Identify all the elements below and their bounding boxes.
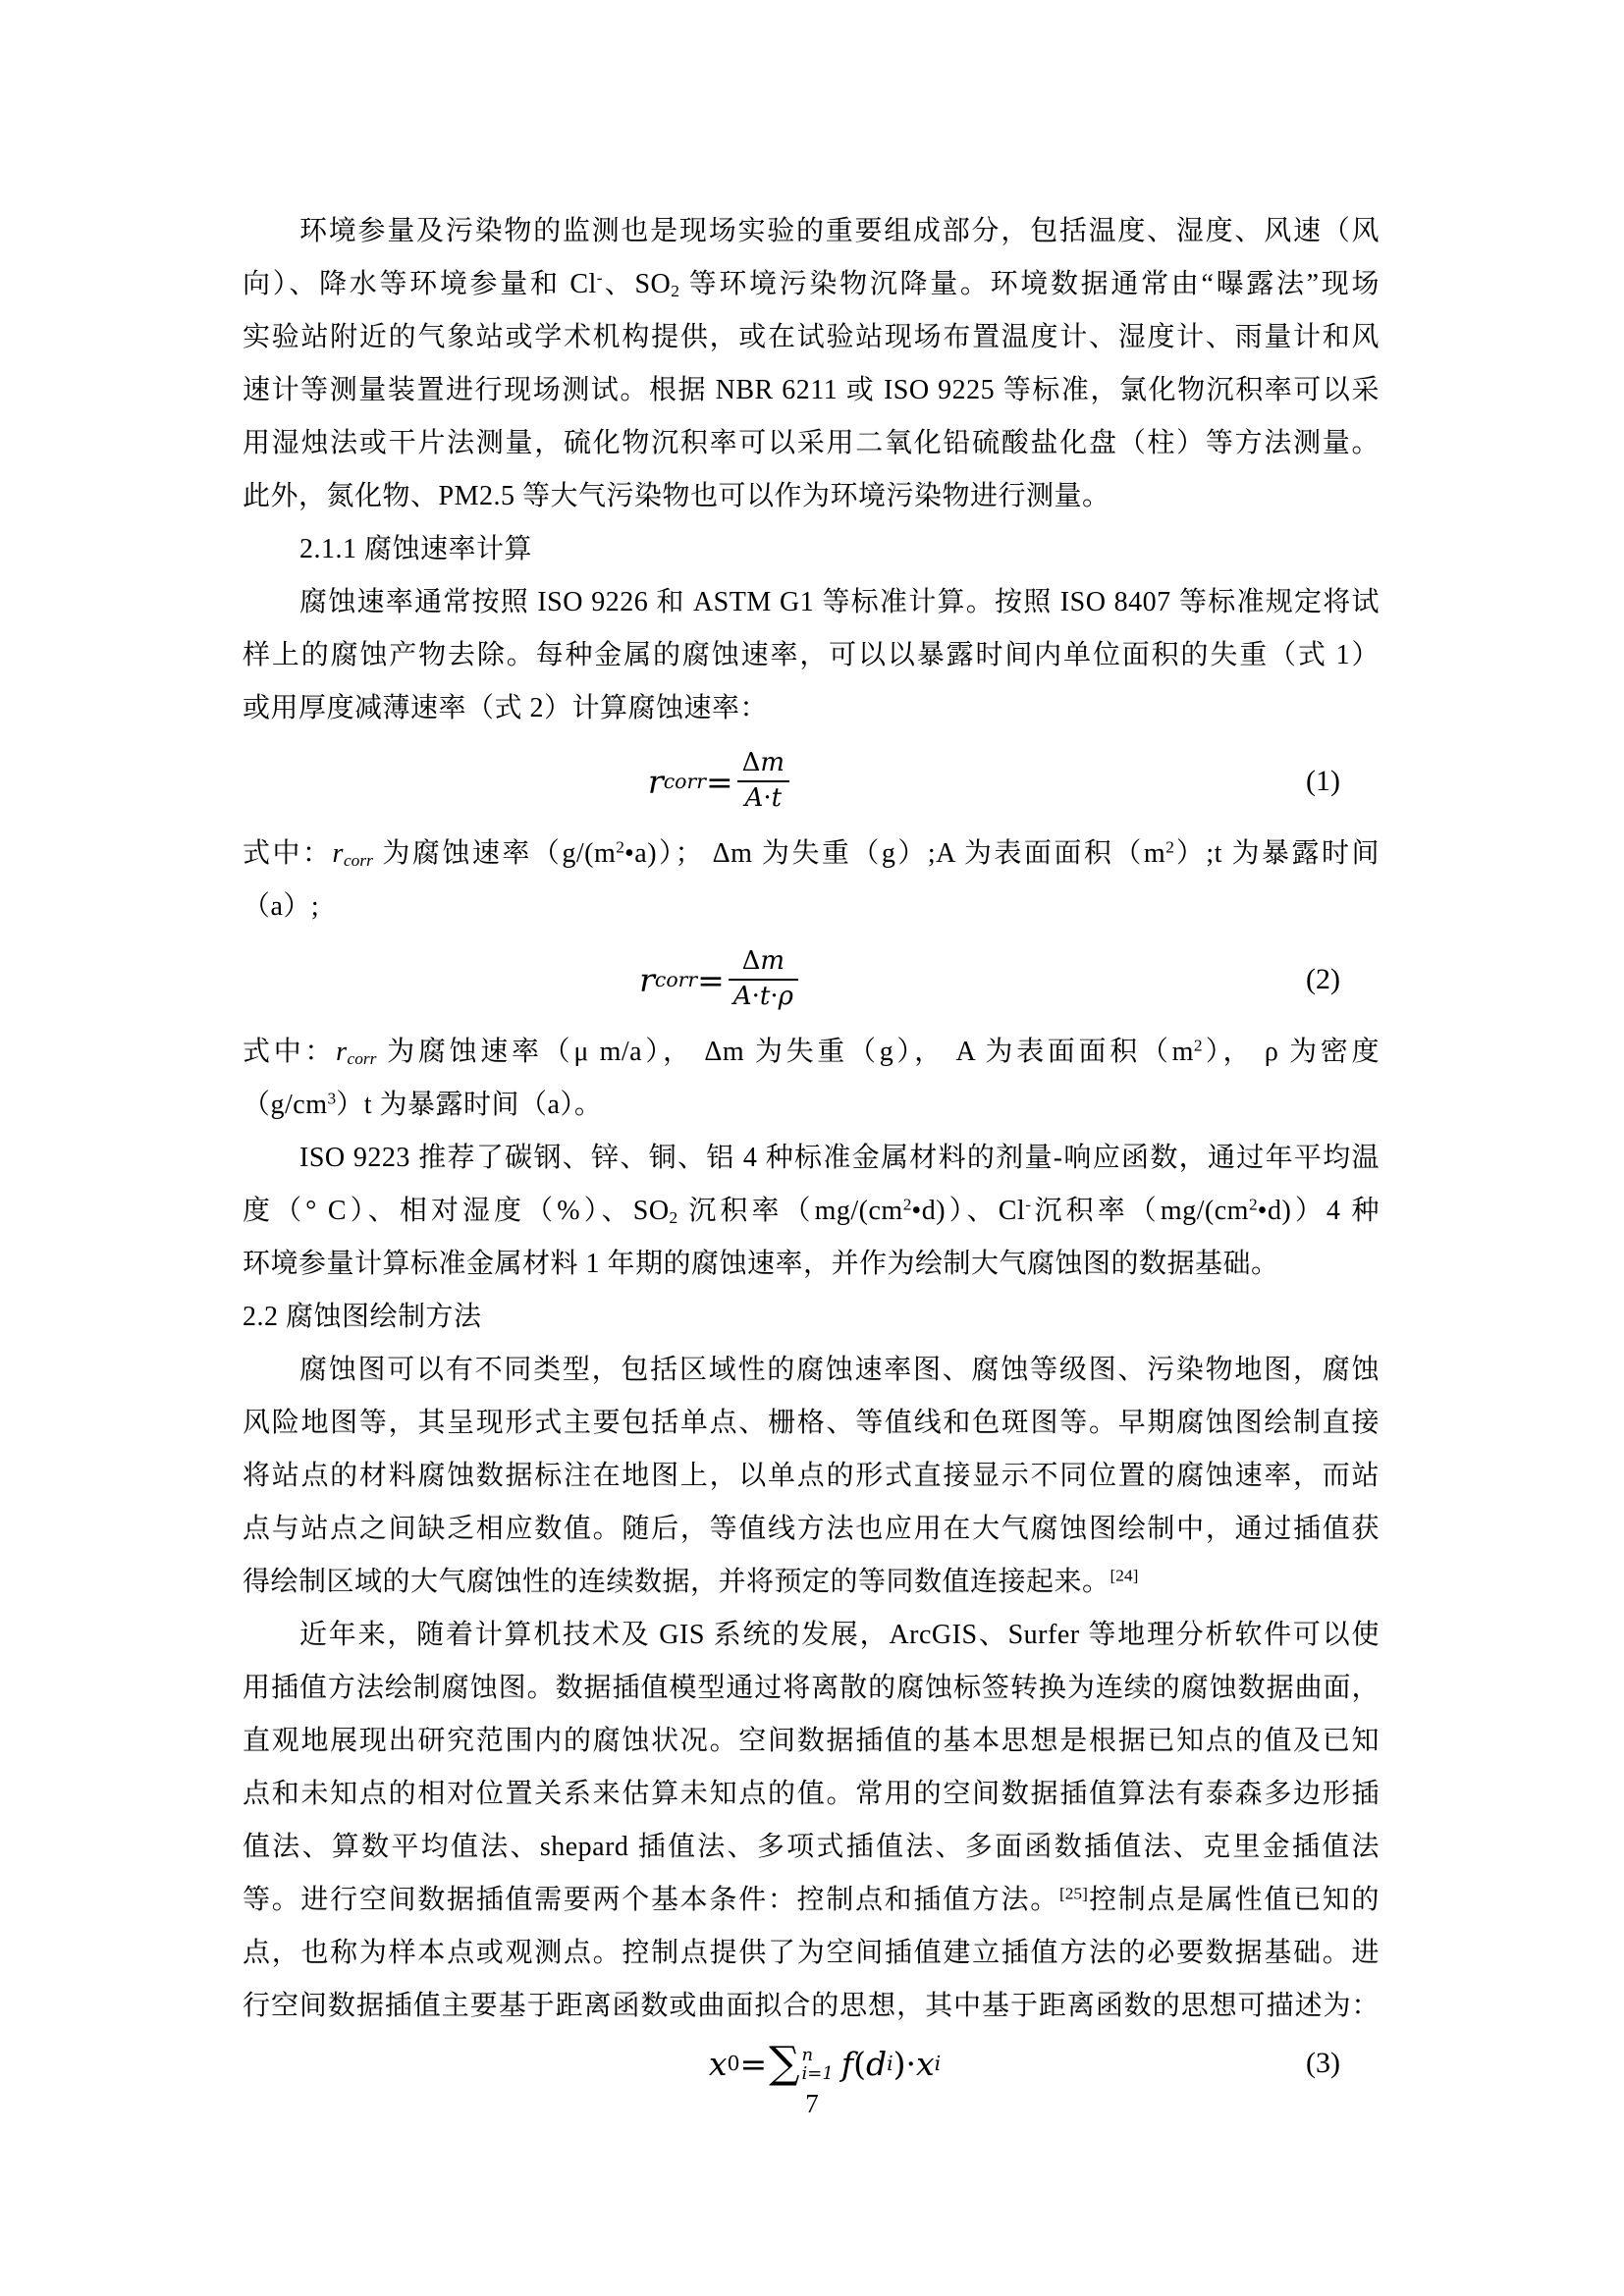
fraction: ΔmA·t·ρ bbox=[729, 947, 798, 1012]
text-line: 点和未知点的相对位置关系来估算未知点的值。常用的空间数据插值算法有泰森多边形插 bbox=[243, 1768, 1380, 1821]
document-body: 环境参量及污染物的监测也是现场实验的重要组成部分，包括温度、湿度、风速（风向）、… bbox=[243, 205, 1380, 2094]
text-line: 腐蚀速率通常按照 ISO 9226 和 ASTM G1 等标准计算。按照 ISO… bbox=[243, 576, 1380, 629]
text-line: 用湿烛法或干片法测量，硫化物沉积率可以采用二氧化铅硫酸盐化盘（柱）等方法测量。 bbox=[243, 417, 1380, 470]
formula: rcorr = ΔmA·t·ρ bbox=[639, 947, 802, 1012]
text-line: 环境参量及污染物的监测也是现场实验的重要组成部分，包括温度、湿度、风速（风 bbox=[243, 205, 1380, 258]
document-page: 环境参量及污染物的监测也是现场实验的重要组成部分，包括温度、湿度、风速（风向）、… bbox=[0, 0, 1624, 2296]
sum-operator: ∑ni=1 bbox=[769, 2042, 839, 2085]
text-line: 值法、算数平均值法、shepard 插值法、多项式插值法、多面函数插值法、克里金… bbox=[243, 1821, 1380, 1874]
text-line: 行空间数据插值主要基于距离函数或曲面拟合的思想，其中基于距离函数的思想可描述为： bbox=[243, 1980, 1380, 2033]
fraction: ΔmA·t bbox=[737, 749, 789, 814]
formula-line: rcorr = ΔmA·t·ρ(2) bbox=[243, 934, 1380, 1026]
text-line: 点，也称为样本点或观测点。控制点提供了为空间插值建立插值方法的必要数据基础。进 bbox=[243, 1927, 1380, 1980]
text-line: 速计等测量装置进行现场测试。根据 NBR 6211 或 ISO 9225 等标准… bbox=[243, 364, 1380, 417]
text-line: 点与站点之间缺乏相应数值。随后，等值线方法也应用在大气腐蚀图绘制中，通过插值获 bbox=[243, 1503, 1380, 1556]
text-line: 实验站附近的气象站或学术机构提供，或在试验站现场布置温度计、湿度计、雨量计和风 bbox=[243, 311, 1380, 364]
text-line: 向）、降水等环境参量和 Cl-、SO2 等环境污染物沉降量。环境数据通常由“曝露… bbox=[243, 258, 1380, 311]
equation-number: (2) bbox=[1306, 963, 1340, 996]
text-line: 将站点的材料腐蚀数据标注在地图上，以单点的形式直接显示不同位置的腐蚀速率，而站 bbox=[243, 1450, 1380, 1503]
equation-number: (1) bbox=[1306, 765, 1340, 798]
formula-line: rcorr = ΔmA·t(1) bbox=[243, 735, 1380, 828]
text-line: 或用厚度减薄速率（式 2）计算腐蚀速率： bbox=[243, 682, 1380, 735]
formula: rcorr = ΔmA·t bbox=[648, 749, 793, 814]
text-line: 风险地图等，其呈现形式主要包括单点、栅格、等值线和色斑图等。早期腐蚀图绘制直接 bbox=[243, 1397, 1380, 1450]
text-line: 样上的腐蚀产物去除。每种金属的腐蚀速率，可以以暴露时间内单位面积的失重（式 1） bbox=[243, 629, 1380, 682]
text-line: 度（° C）、相对湿度（%）、SO2 沉积率（mg/(cm2•d)）、Cl-沉积… bbox=[243, 1185, 1380, 1238]
formula-line: x0 = ∑ni=1f(di) · xi(3) bbox=[243, 2033, 1380, 2094]
text-line: 近年来，随着计算机技术及 GIS 系统的发展，ArcGIS、Surfer 等地理… bbox=[243, 1609, 1380, 1662]
page-number: 7 bbox=[0, 2089, 1624, 2119]
text-line: （g/cm3）t 为暴露时间（a）。 bbox=[243, 1079, 1380, 1132]
text-line: 得绘制区域的大气腐蚀性的连续数据，并将预定的等同数值连接起来。[24] bbox=[243, 1556, 1380, 1609]
text-line: 式中：rcorr 为腐蚀速率（μ m/a）， Δm 为失重（g）， A 为表面面… bbox=[243, 1026, 1380, 1079]
text-line: 等。进行空间数据插值需要两个基本条件：控制点和插值方法。[25]控制点是属性值已… bbox=[243, 1874, 1380, 1927]
text-line: ISO 9223 推荐了碳钢、锌、铜、铝 4 种标准金属材料的剂量-响应函数，通… bbox=[243, 1132, 1380, 1185]
text-line: 用插值方法绘制腐蚀图。数据插值模型通过将离散的腐蚀标签转换为连续的腐蚀数据曲面， bbox=[243, 1662, 1380, 1715]
heading-line: 2.2 腐蚀图绘制方法 bbox=[243, 1291, 1380, 1344]
text-line: 直观地展现出研究范围内的腐蚀状况。空间数据插值的基本思想是根据已知点的值及已知 bbox=[243, 1715, 1380, 1768]
formula: x0 = ∑ni=1f(di) · xi bbox=[709, 2042, 941, 2085]
heading-line: 2.1.1 腐蚀速率计算 bbox=[243, 523, 1380, 576]
text-line: 此外，氮化物、PM2.5 等大气污染物也可以作为环境污染物进行测量。 bbox=[243, 470, 1380, 523]
text-line: （a）; bbox=[243, 881, 1380, 934]
text-line: 式中：rcorr 为腐蚀速率（g/(m2•a)）； Δm 为失重（g）;A 为表… bbox=[243, 828, 1380, 881]
equation-number: (3) bbox=[1306, 2047, 1340, 2080]
text-line: 环境参量计算标准金属材料 1 年期的腐蚀速率，并作为绘制大气腐蚀图的数据基础。 bbox=[243, 1238, 1380, 1291]
text-line: 腐蚀图可以有不同类型，包括区域性的腐蚀速率图、腐蚀等级图、污染物地图，腐蚀 bbox=[243, 1344, 1380, 1397]
